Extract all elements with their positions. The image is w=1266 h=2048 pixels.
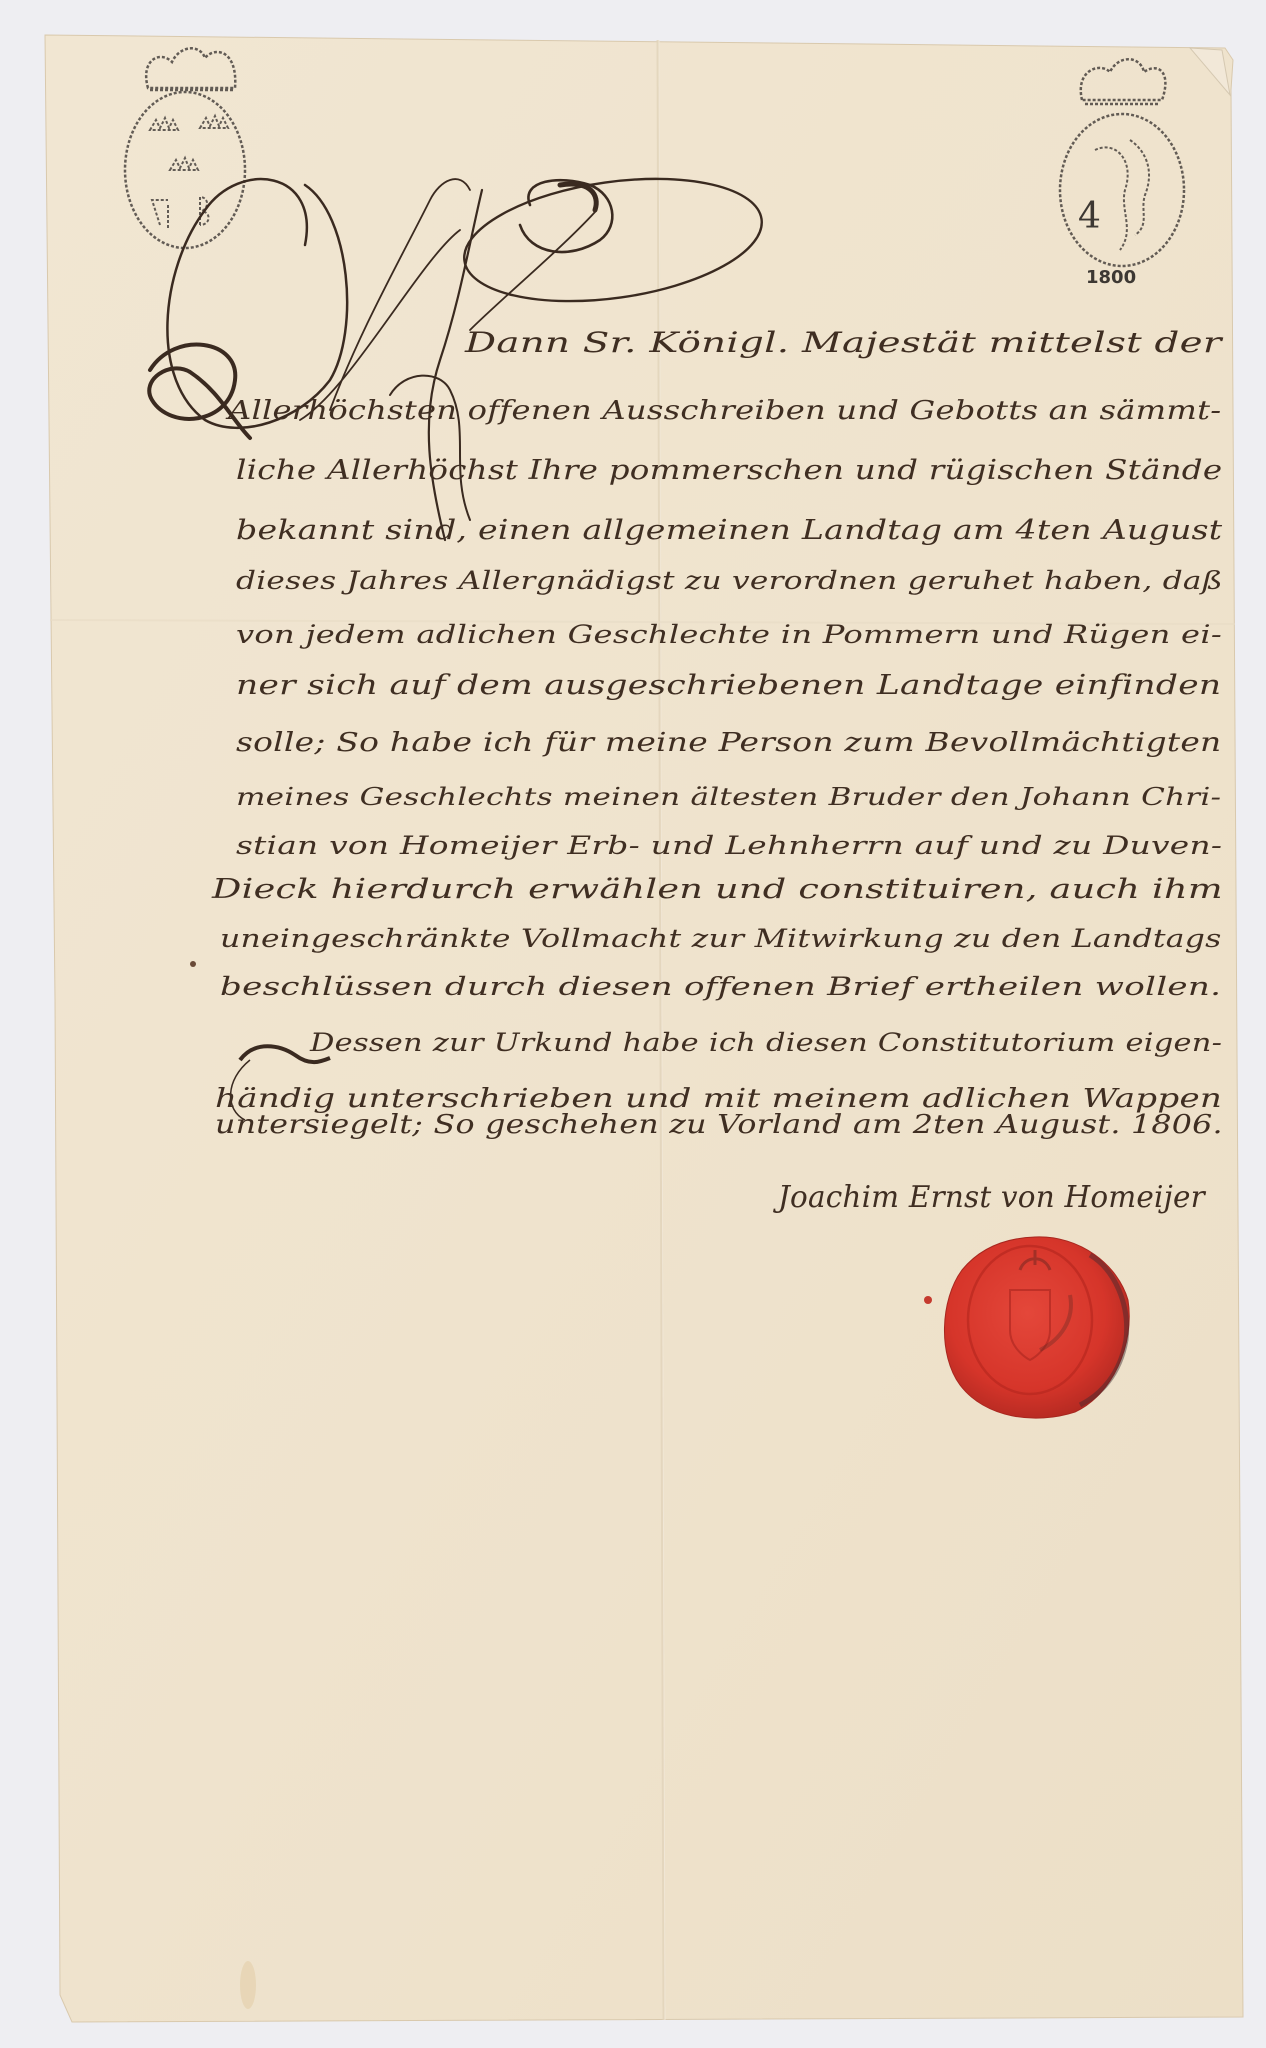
body-line-1: Dann Sr. Königl. Majestät mittelst der bbox=[465, 326, 1222, 359]
body-line-8: solle; So habe ich für meine Person zum … bbox=[236, 728, 1221, 758]
body-line-3: liche Allerhöchst Ihre pommerschen und r… bbox=[236, 455, 1222, 486]
body-line-2: Allerhöchsten offenen Ausschreiben und G… bbox=[228, 396, 1221, 426]
body-line-5: dieses Jahres Allergnädigst zu verordnen… bbox=[236, 566, 1223, 595]
ink-dot bbox=[190, 961, 196, 967]
body-line-6: von jedem adlichen Geschlechte in Pommer… bbox=[236, 620, 1222, 649]
document-scan: 4 1800 bbox=[0, 0, 1266, 2048]
body-line-13: beschlüssen durch diesen offenen Brief e… bbox=[220, 972, 1221, 1001]
body-line-7: ner sich auf dem ausgeschriebenen Landta… bbox=[236, 670, 1221, 701]
body-line-12: uneingeschränkte Vollmacht zur Mitwirkun… bbox=[220, 924, 1222, 953]
signature: Joachim Ernst von Homeijer bbox=[778, 1180, 1205, 1215]
right-stamp-value: 4 bbox=[1078, 196, 1101, 237]
body-line-11: Dieck hierdurch erwählen und constituire… bbox=[212, 874, 1223, 905]
body-line-4: bekannt sind, einen allgemeinen Landtag … bbox=[236, 515, 1222, 546]
right-stamp-year: 1800 bbox=[1086, 267, 1136, 288]
body-line-14: Dessen zur Urkund habe ich diesen Consti… bbox=[310, 1028, 1222, 1057]
body-line-9: meines Geschlechts meinen ältesten Brude… bbox=[236, 783, 1221, 811]
body-line-10: stian von Homeijer Erb- und Lehnherrn au… bbox=[236, 831, 1222, 860]
body-line-16: untersiegelt; So geschehen zu Vorland am… bbox=[215, 1110, 1223, 1140]
paper-sheet: 4 1800 bbox=[0, 0, 1266, 2048]
